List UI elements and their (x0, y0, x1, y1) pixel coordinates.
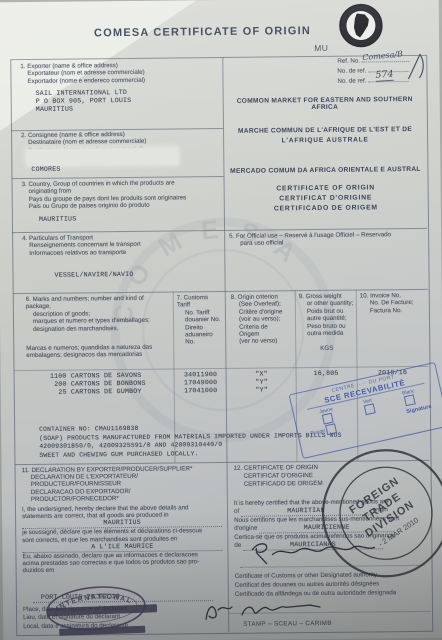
row-tariff: 17041000 (174, 387, 228, 396)
ref-label-text: Ref. No. (337, 58, 360, 65)
box11-declaration: 11. DECLARATION BY EXPORTER/PRODUCER/SUP… (22, 465, 223, 575)
col7-line: aduaneiro No. (177, 331, 223, 346)
tariff-column: 34011900 17049000 17041000 (174, 371, 228, 396)
box1-labels: 1. Exporter (name & office address) Expo… (20, 61, 210, 85)
col6-line: embalagens; designacos das mercadorias (26, 351, 170, 360)
checkbox-label: Rouge (310, 428, 326, 437)
stamp-signature-label: Signature (406, 404, 432, 415)
row-qty: 1100 (41, 373, 67, 381)
checkbox-icon (325, 423, 337, 435)
col9-header: 9. Gross weight or other quantity; Poids… (299, 293, 355, 353)
declared-country-fr: A L'ILE MAURICE (91, 543, 153, 551)
col9-unit: KGS (299, 345, 354, 353)
seal-text: INTERNATIONAL (54, 591, 134, 613)
checkbox-blanc: Blanc (402, 388, 418, 406)
box3-labels: 3. Country, Group of countries in which … (22, 179, 217, 211)
document-photo: C O M E S A COMESA CERTIFICATE OF ORIGIN… (0, 0, 442, 640)
col10-header: 10. Invoice No. No. De Facture; Factura … (360, 292, 424, 315)
col8-line: (ver no verso) (231, 338, 293, 346)
certificate-sheet: C O M E S A COMESA CERTIFICATE OF ORIGIN… (0, 0, 442, 640)
col9-line: autre quantité; (299, 315, 354, 323)
col10-line: Factura No. (360, 307, 424, 315)
exporter-country: MAURITIUS (36, 105, 132, 114)
checkbox-vert: Vert (362, 398, 375, 416)
page-title: COMESA CERTIFICATE OF ORIGIN (85, 25, 320, 39)
consignee-country: COMORES (31, 166, 60, 174)
checkbox-jaune: Jaune (319, 406, 336, 425)
row-weight: 16,805 (296, 370, 357, 379)
col6-line: designation des marchandises. (26, 324, 170, 333)
cert-pt-pre: de (234, 542, 241, 549)
company-seal-stamp: INTERNATIONAL (41, 579, 151, 637)
box4-labels: 4. Particulars of Transport Renseignemen… (22, 233, 212, 257)
org-market-en: COMMON MARKET FOR EASTERN AND SOUTHERN A… (226, 96, 424, 112)
ref-dotted-line (368, 81, 408, 82)
table-row: 25 CARTONS DE GUMBOY (41, 388, 171, 397)
row-qty: 200 (41, 381, 67, 389)
origin-criterion-column: "X" "Y" "Y" (228, 370, 296, 395)
origin-country-value: MAURITIUS (39, 216, 77, 224)
col8-header: 8. Origin criterion (See Overleaf); Crit… (231, 293, 294, 345)
stamp-caption: STAMP – SCEAU – CARIMB (243, 620, 332, 628)
pen-stroke (404, 51, 426, 83)
comesa-logo (338, 2, 384, 48)
cert-fr-pre: d'origine (234, 525, 257, 532)
exporter-value: SAIL INTERNATIONAL LTD P O BOX 905, PORT… (36, 89, 132, 114)
box5-label: 5. For Official use – Reservé à l'usage … (229, 231, 425, 248)
cert-en-pre: of (234, 508, 239, 515)
col9-line: outra medida (299, 330, 354, 338)
checkbox-icon (363, 403, 375, 415)
ref-no2-label: No. de ref. (337, 67, 408, 75)
box11-title-line: PRODUCTOR/FORNECEDOR* (22, 494, 222, 503)
ref2-label-text: No. de ref. (337, 67, 366, 74)
col6-line: 6. Marks and numbers; number and kind of… (26, 295, 170, 311)
col7-line: 7. Customs Tariff (177, 294, 223, 309)
row-origin: "Y" (228, 386, 296, 395)
declared-country-en: MAURITIUS (103, 519, 140, 526)
goods-description-column: 1100 CARTONS DE SAVONS 200 CARTONS DE BO… (41, 372, 171, 397)
col9-line: or other quantity; (299, 300, 354, 308)
checkbox-icon (404, 394, 416, 406)
transport-value: VESSEL/NAVIRE/NAVIO (54, 271, 133, 280)
row-qty: 25 (41, 389, 67, 397)
ref-no3-label: No. de ref. (337, 77, 408, 85)
svg-text:INTERNATIONAL: INTERNATIONAL (54, 591, 134, 613)
col6-header: 6. Marks and numbers; number and kind of… (26, 295, 171, 360)
col7-header: 7. Customs Tariff No. Tariff douanier No… (177, 294, 224, 346)
country-code: MU (314, 43, 328, 53)
handwritten-ref-no: 574 (375, 69, 394, 82)
row-desc: CARTONS DE SAVONS (71, 372, 142, 380)
row-desc: CARTONS DE BONBONS (71, 380, 146, 388)
gross-weight-column: 16,805 (296, 370, 357, 379)
col7-line: douanier No. (177, 316, 223, 324)
foreign-trade-division-stamp: FOREIGN TRADE DIVISION - 2 MAR 2010 (315, 443, 442, 584)
ref3-label-text: No. de ref. (337, 77, 366, 84)
row-desc: CARTONS DE GUMBOY (71, 388, 142, 396)
exporter-address: P O BOX 905, PORT LOUIS (36, 97, 132, 106)
consignee-redaction (26, 147, 178, 166)
